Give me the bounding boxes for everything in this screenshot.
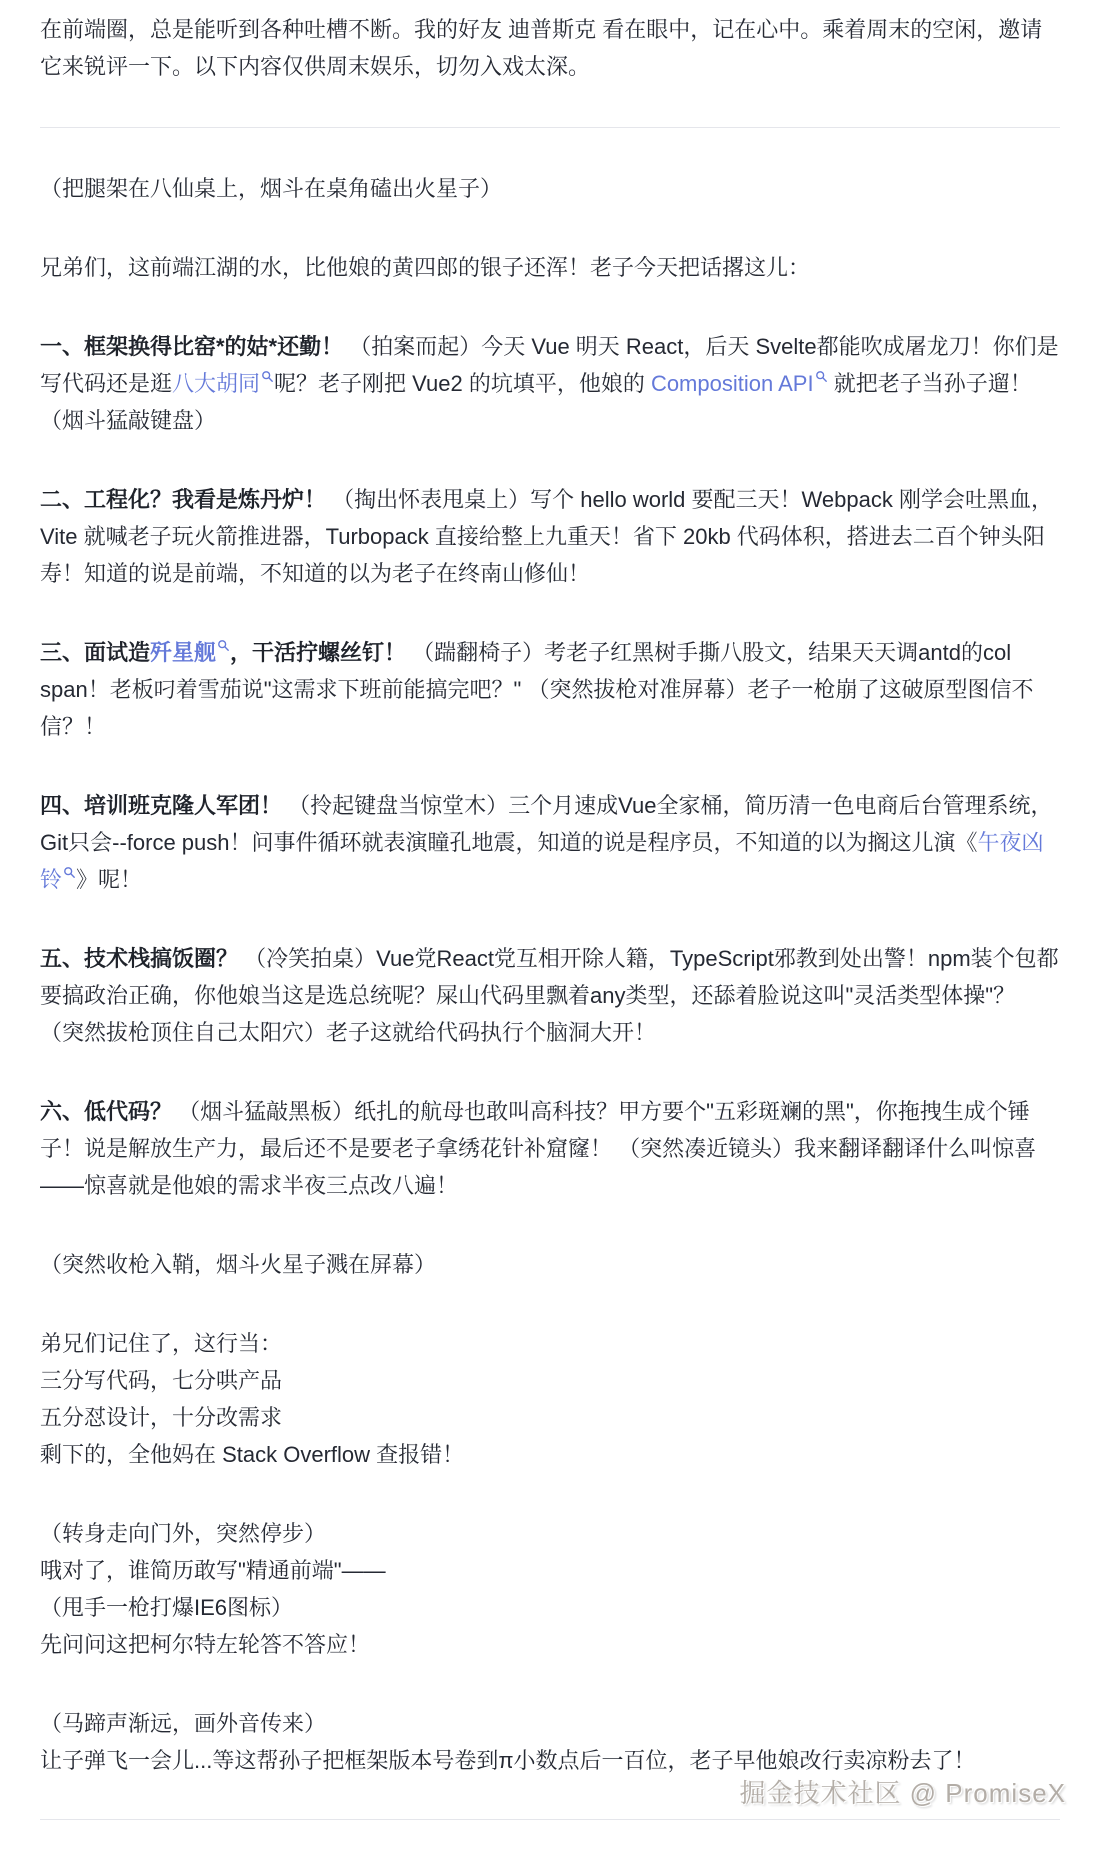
divider-top — [40, 127, 1060, 128]
section-3-title-post: ，干活拧螺丝钉！ — [230, 640, 406, 665]
article-body: 在前端圈，总是能听到各种吐槽不断。我的好友 迪普斯克 看在眼中，记在心中。乘着周… — [0, 0, 1100, 1820]
paragraph-opening: 兄弟们，这前端江湖的水，比他娘的黄四郎的银子还浑！老子今天把话撂这儿： — [40, 249, 1060, 286]
section-4-bootcamp: 四、培训班克隆人军团！ （拎起键盘当惊堂木）三个月速成Vue全家桶，简历清一色电… — [40, 787, 1060, 898]
search-icon — [217, 639, 230, 652]
section-2-title: 二、工程化？我看是炼丹炉！ — [40, 487, 326, 512]
search-icon — [815, 370, 828, 383]
paragraph-exit: （转身走向门外，突然停步） 哦对了，谁简历敢写"精通前端"—— （甩手一枪打爆I… — [40, 1515, 1060, 1663]
section-5-title: 五、技术栈搞饭圈？ — [40, 946, 238, 971]
scene-1-text: （把腿架在八仙桌上，烟斗在桌角磕出火星子） — [40, 176, 502, 201]
paragraph-scene-2: （突然收枪入鞘，烟斗火星子溅在屏幕） — [40, 1246, 1060, 1283]
paragraph-scene-1: （把腿架在八仙桌上，烟斗在桌角磕出火星子） — [40, 170, 1060, 207]
search-icon — [261, 370, 274, 383]
paragraph-creed: 弟兄们记住了，这行当： 三分写代码，七分哄产品 五分怼设计，十分改需求 剩下的，… — [40, 1325, 1060, 1473]
creed-line-1: 弟兄们记住了，这行当： — [40, 1331, 282, 1356]
section-6-lowcode: 六、低代码？ （烟斗猛敲黑板）纸扎的航母也敢叫高科技？甲方要个"五彩斑斓的黑"，… — [40, 1093, 1060, 1204]
section-1-title: 一、框架换得比窑*的姑*还勤！ — [40, 334, 343, 359]
link-composition-api[interactable]: Composition API — [651, 371, 828, 396]
paragraph-intro: 在前端圈，总是能听到各种吐槽不断。我的好友 迪普斯克 看在眼中，记在心中。乘着周… — [40, 11, 1060, 85]
section-6-text: （烟斗猛敲黑板）纸扎的航母也敢叫高科技？甲方要个"五彩斑斓的黑"，你拖拽生成个锤… — [40, 1099, 1036, 1198]
search-icon — [63, 866, 76, 879]
link-composition-api-label: Composition API — [651, 371, 814, 396]
section-3-interview: 三、面试造歼星舰，干活拧螺丝钉！ （踹翻椅子）考老子红黑树手撕八股文，结果天天调… — [40, 634, 1060, 745]
section-3-title-pre: 三、面试造 — [40, 640, 150, 665]
paragraph-outro: （马蹄声渐远，画外音传来） 让子弹飞一会儿...等这帮孙子把框架版本号卷到π小数… — [40, 1705, 1060, 1779]
creed-line-3: 五分怼设计，十分改需求 — [40, 1405, 282, 1430]
section-4-title: 四、培训班克隆人军团！ — [40, 793, 282, 818]
exit-line-1: （转身走向门外，突然停步） — [40, 1521, 326, 1546]
link-eight-hutongs-label: 八大胡同 — [172, 371, 260, 396]
creed-line-2: 三分写代码，七分哄产品 — [40, 1368, 282, 1393]
section-4-text-b: 》呢！ — [76, 867, 142, 892]
link-eight-hutongs[interactable]: 八大胡同 — [172, 371, 274, 396]
watermark: 掘金技术社区 @ PromiseX — [739, 1775, 1066, 1812]
link-star-destroyer-label: 歼星舰 — [150, 640, 216, 665]
section-5-fandom: 五、技术栈搞饭圈？ （冷笑拍桌）Vue党React党互相开除人籍，TypeScr… — [40, 940, 1060, 1051]
intro-text: 在前端圈，总是能听到各种吐槽不断。我的好友 迪普斯克 看在眼中，记在心中。乘着周… — [40, 17, 1042, 79]
section-6-title: 六、低代码？ — [40, 1099, 172, 1124]
scene-2-text: （突然收枪入鞘，烟斗火星子溅在屏幕） — [40, 1252, 436, 1277]
link-star-destroyer[interactable]: 歼星舰 — [150, 640, 230, 665]
exit-line-3: （甩手一枪打爆IE6图标） — [40, 1595, 293, 1620]
section-1-frameworks: 一、框架换得比窑*的姑*还勤！ （拍案而起）今天 Vue 明天 React，后天… — [40, 328, 1060, 439]
outro-line-2: 让子弹飞一会儿...等这帮孙子把框架版本号卷到π小数点后一百位，老子早他娘改行卖… — [40, 1748, 976, 1773]
exit-line-2: 哦对了，谁简历敢写"精通前端"—— — [40, 1558, 386, 1583]
exit-line-4: 先问问这把柯尔特左轮答不答应！ — [40, 1632, 370, 1657]
outro-line-1: （马蹄声渐远，画外音传来） — [40, 1711, 326, 1736]
divider-bottom — [40, 1819, 1060, 1820]
section-1-text-b: 呢？老子刚把 Vue2 的坑填平，他娘的 — [274, 371, 651, 396]
section-2-engineering: 二、工程化？我看是炼丹炉！ （掏出怀表甩桌上）写个 hello world 要配… — [40, 481, 1060, 592]
creed-line-4: 剩下的，全他妈在 Stack Overflow 查报错！ — [40, 1442, 464, 1467]
opening-text: 兄弟们，这前端江湖的水，比他娘的黄四郎的银子还浑！老子今天把话撂这儿： — [40, 255, 810, 280]
